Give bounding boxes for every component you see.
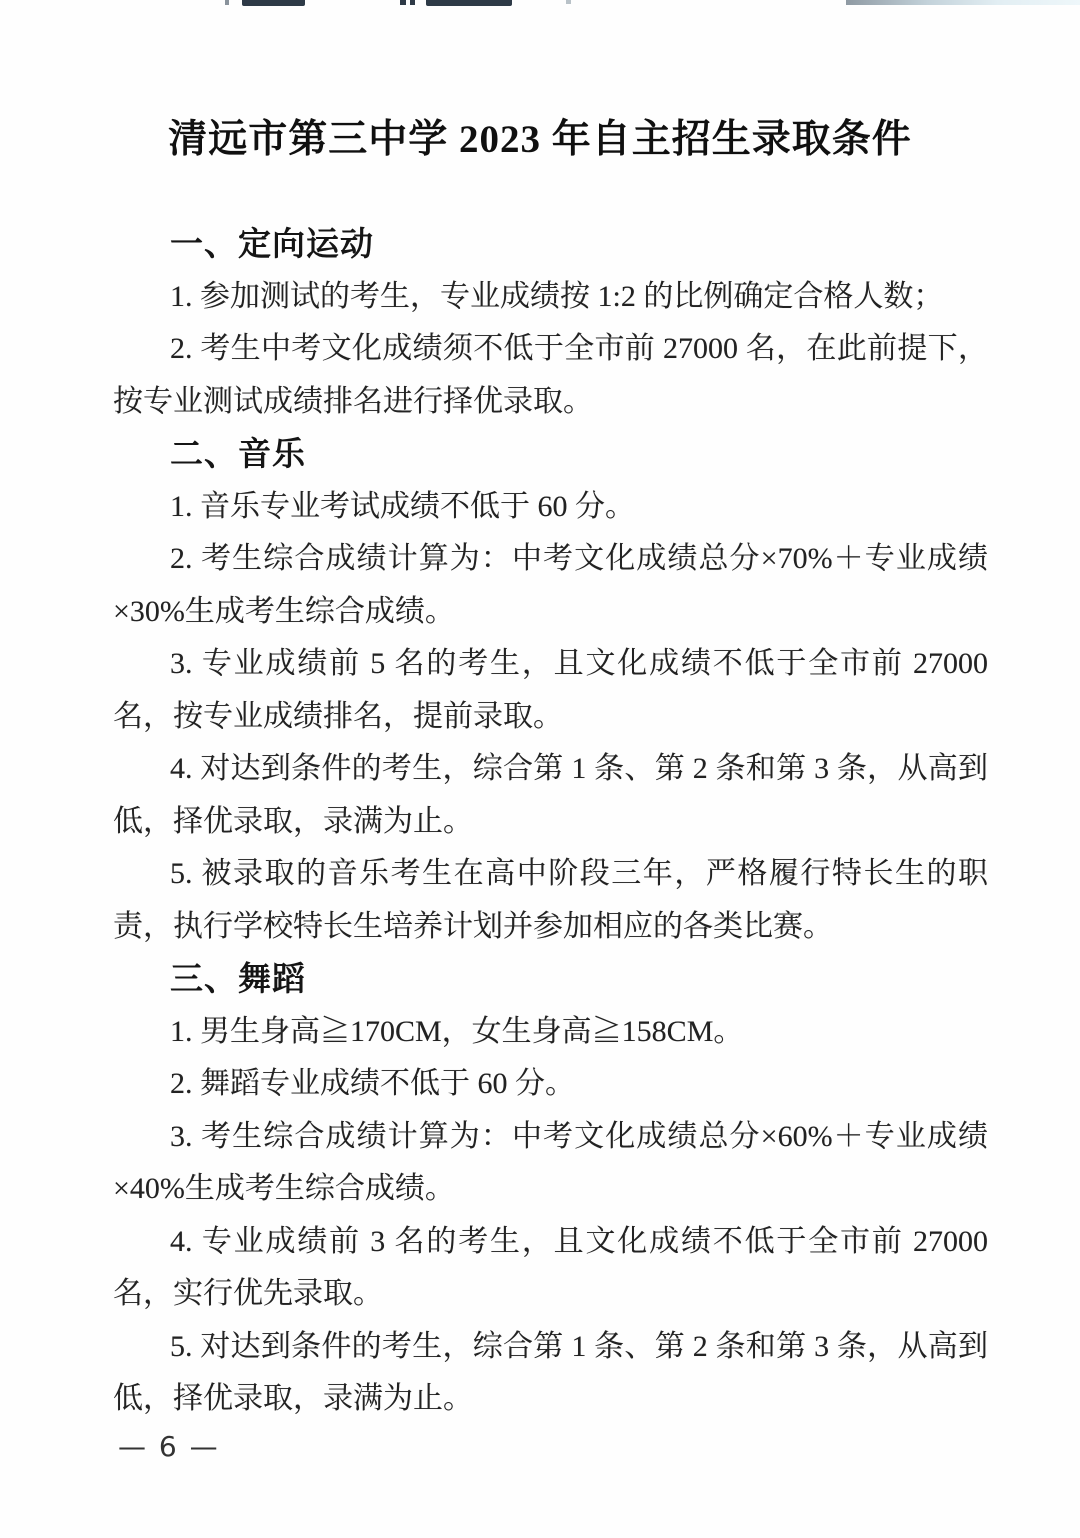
paragraph: 3. 专业成绩前 5 名的考生，且文化成绩不低于全市前 27000 名，按专业成…: [113, 638, 988, 743]
scan-artifact-dot: [400, 0, 406, 5]
section-heading-orienteering: 一、定向运动: [113, 218, 988, 271]
scan-artifact-gradient: [846, 0, 1080, 5]
section-heading-music: 二、音乐: [113, 428, 988, 481]
paragraph: 5. 对达到条件的考生，综合第 1 条、第 2 条和第 3 条，从高到低，择优录…: [113, 1321, 988, 1426]
paragraph: 3. 考生综合成绩计算为：中考文化成绩总分×60%＋专业成绩×40%生成考生综合…: [113, 1111, 988, 1216]
page-number: — 6 —: [118, 1430, 220, 1463]
section-orienteering: 一、定向运动 1. 参加测试的考生，专业成绩按 1:2 的比例确定合格人数； 2…: [113, 218, 988, 428]
paragraph: 1. 音乐专业考试成绩不低于 60 分。: [113, 481, 988, 534]
paragraph: 5. 被录取的音乐考生在高中阶段三年，严格履行特长生的职责，执行学校特长生培养计…: [113, 848, 988, 953]
scan-artifact-bar: [426, 0, 512, 6]
paragraph: 4. 对达到条件的考生，综合第 1 条、第 2 条和第 3 条，从高到低，择优录…: [113, 743, 988, 848]
paragraph: 2. 考生综合成绩计算为：中考文化成绩总分×70%＋专业成绩×30%生成考生综合…: [113, 533, 988, 638]
scan-artifact-dot: [410, 0, 415, 5]
scan-artifact-tick: [225, 0, 229, 5]
document-body: 一、定向运动 1. 参加测试的考生，专业成绩按 1:2 的比例确定合格人数； 2…: [0, 218, 1080, 1426]
paragraph: 1. 男生身高≧170CM，女生身高≧158CM。: [113, 1006, 988, 1059]
scan-artifact-bar: [242, 0, 305, 6]
section-heading-dance: 三、舞蹈: [113, 953, 988, 1006]
paragraph: 2. 考生中考文化成绩须不低于全市前 27000 名，在此前提下，按专业测试成绩…: [113, 323, 988, 428]
scan-artifact-tick: [566, 0, 571, 4]
paragraph: 1. 参加测试的考生，专业成绩按 1:2 的比例确定合格人数；: [113, 271, 988, 324]
section-dance: 三、舞蹈 1. 男生身高≧170CM，女生身高≧158CM。 2. 舞蹈专业成绩…: [113, 953, 988, 1426]
paragraph: 4. 专业成绩前 3 名的考生，且文化成绩不低于全市前 27000 名，实行优先…: [113, 1216, 988, 1321]
document-page: 清远市第三中学 2023 年自主招生录取条件 一、定向运动 1. 参加测试的考生…: [0, 0, 1080, 1538]
section-music: 二、音乐 1. 音乐专业考试成绩不低于 60 分。 2. 考生综合成绩计算为：中…: [113, 428, 988, 953]
document-title: 清远市第三中学 2023 年自主招生录取条件: [0, 0, 1080, 168]
paragraph: 2. 舞蹈专业成绩不低于 60 分。: [113, 1058, 988, 1111]
